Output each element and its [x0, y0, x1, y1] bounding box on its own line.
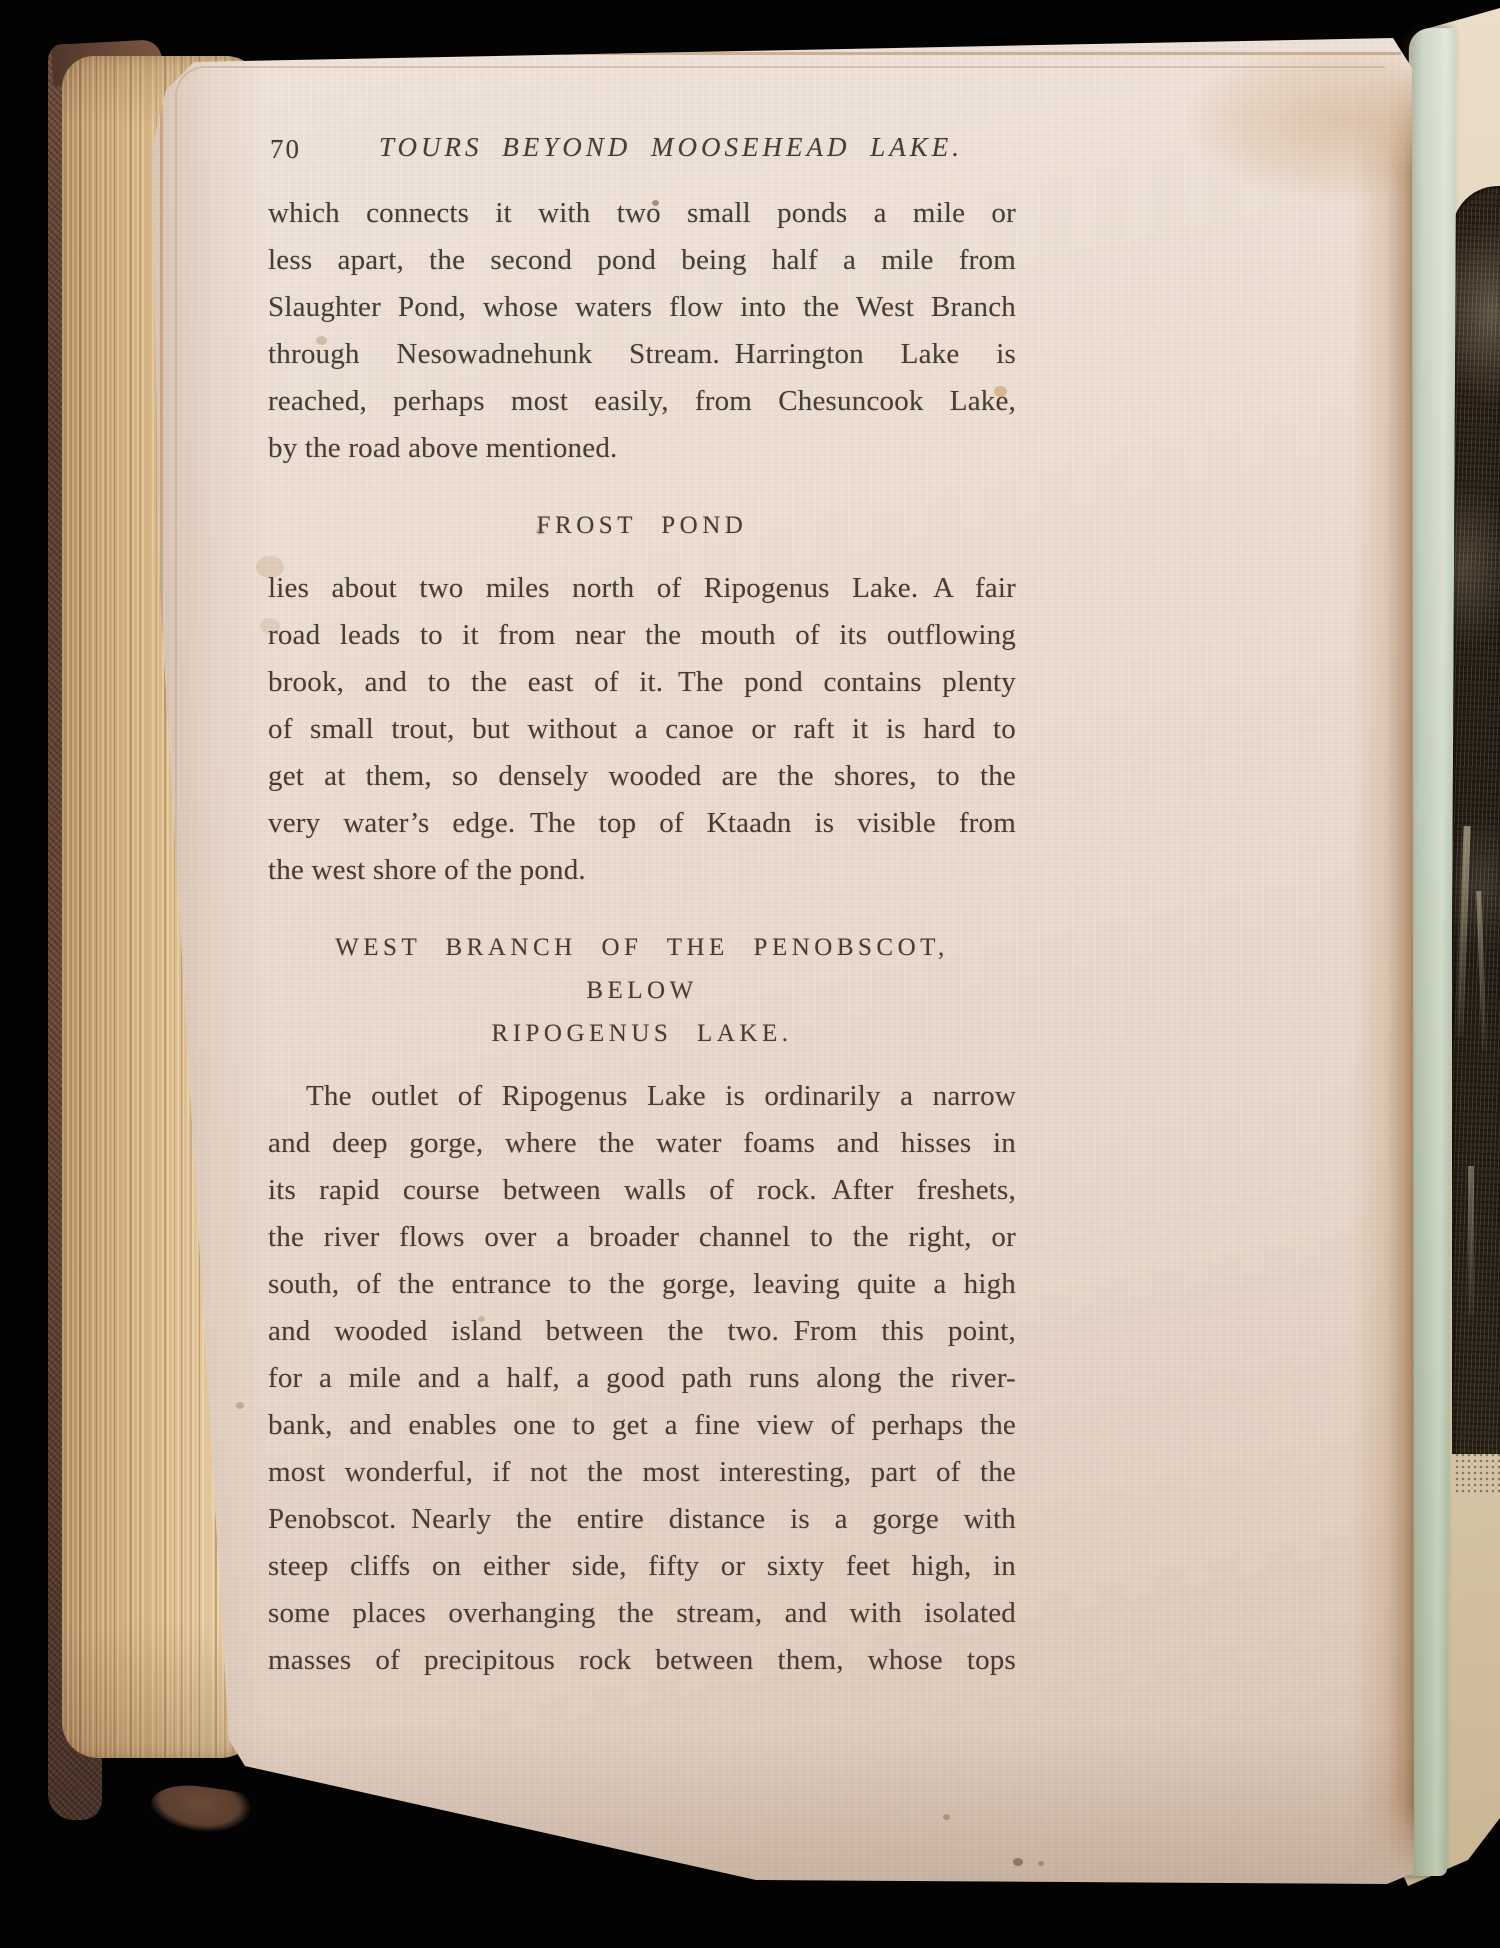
text-line: brook, and to the east of it. The pond c…: [268, 659, 1016, 706]
paragraph: lies about two miles north of Ripogenus …: [268, 565, 1016, 894]
text-line: very water’s edge. The top of Ktaadn is …: [268, 800, 1016, 847]
foxing-spot: [1038, 1861, 1044, 1866]
page-bottom-shading: [148, 1726, 1414, 1886]
engraving-tree-trunk: [1456, 826, 1470, 1036]
page-content: 70 TOURS BEYOND MOOSEHEAD LAKE. which co…: [268, 126, 1016, 1684]
text-line: the west shore of the pond.: [268, 847, 1016, 894]
heading-line: RIPOGENUS LAKE.: [268, 1012, 1016, 1055]
text-line: through Nesowadnehunk Stream. Harrington…: [268, 331, 1016, 378]
text-line: which connects it with two small ponds a…: [268, 190, 1016, 237]
section-heading: FROST POND: [268, 504, 1016, 547]
foxing-spot: [236, 1402, 244, 1409]
text-line: and deep gorge, where the water foams an…: [268, 1120, 1016, 1167]
foxing-spot: [943, 1814, 950, 1820]
book-cover-frayed-corner: [147, 1780, 274, 1852]
facing-page-engraving: [1452, 186, 1500, 1454]
text-line: Penobscot. Nearly the entire distance is…: [268, 1496, 1016, 1543]
text-line: south, of the entrance to the gorge, lea…: [268, 1261, 1016, 1308]
text-line: most wonderful, if not the most interest…: [268, 1449, 1016, 1496]
text-line: Slaughter Pond, whose waters flow into t…: [268, 284, 1016, 331]
text-line: masses of precipitous rock between them,…: [268, 1637, 1016, 1684]
text-line: bank, and enables one to get a fine view…: [268, 1402, 1016, 1449]
foxing-spot: [1013, 1858, 1023, 1866]
text-line: by the road above mentioned.: [268, 425, 1016, 472]
running-title: TOURS BEYOND MOOSEHEAD LAKE.: [268, 126, 1016, 163]
paragraph: The outlet of Ripogenus Lake is ordinari…: [268, 1073, 1016, 1684]
text-line: of small trout, but without a canoe or r…: [268, 706, 1016, 753]
text-line: lies about two miles north of Ripogenus …: [268, 565, 1016, 612]
text-line: road leads to it from near the mouth of …: [268, 612, 1016, 659]
text-line: steep cliffs on either side, fifty or si…: [268, 1543, 1016, 1590]
text-line: and wooded island between the two. From …: [268, 1308, 1016, 1355]
text-line: The outlet of Ripogenus Lake is ordinari…: [268, 1073, 1016, 1120]
text-line: its rapid course between walls of rock. …: [268, 1167, 1016, 1214]
text-line: less apart, the second pond being half a…: [268, 237, 1016, 284]
section-heading: WEST BRANCH OF THE PENOBSCOT, BELOWRIPOG…: [268, 926, 1016, 1055]
foxed-page-edge: [1352, 66, 1414, 1876]
foxing-stain: [1123, 52, 1458, 247]
heading-line: WEST BRANCH OF THE PENOBSCOT, BELOW: [268, 926, 1016, 1012]
engraving-tree-trunk: [1476, 891, 1487, 1051]
text-line: the river flows over a broader channel t…: [268, 1214, 1016, 1261]
heading-line: FROST POND: [268, 504, 1016, 547]
page-header: 70 TOURS BEYOND MOOSEHEAD LAKE.: [268, 126, 1016, 174]
page-number: 70: [270, 134, 301, 165]
book-photo: 70 TOURS BEYOND MOOSEHEAD LAKE. which co…: [0, 0, 1500, 1948]
engraving-stipple-edge: [1454, 1440, 1500, 1494]
paragraph: which connects it with two small ponds a…: [268, 190, 1016, 472]
text-line: reached, perhaps most easily, from Chesu…: [268, 378, 1016, 425]
text-line: get at them, so densely wooded are the s…: [268, 753, 1016, 800]
engraving-tree-trunk: [1468, 1166, 1474, 1316]
text-blocks: which connects it with two small ponds a…: [268, 190, 1016, 1684]
text-line: for a mile and a half, a good path runs …: [268, 1355, 1016, 1402]
text-line: some places overhanging the stream, and …: [268, 1590, 1016, 1637]
